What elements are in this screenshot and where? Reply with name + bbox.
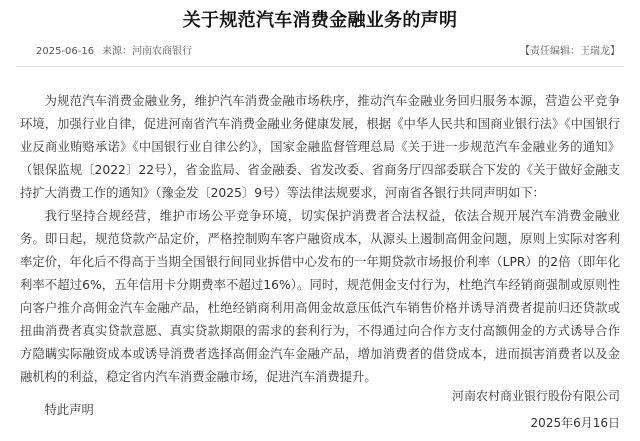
article-body: 为规范汽车消费金融业务，维护汽车消费金融市场秩序，推动汽车金融业务回归服务本源，… xyxy=(20,90,620,422)
header-divider xyxy=(16,66,624,67)
publish-date: 2025-06-16 xyxy=(36,44,94,60)
signature-date: 2025年6月16日 xyxy=(531,414,620,431)
article-meta: 2025-06-16 来源：河南农商银行 【责任编辑：王瑞龙】 xyxy=(36,44,620,60)
paragraph-commitment: 我行坚持合规经营，维护市场公平竞争环境，切实保护消费者合法权益，依法合规开展汽车… xyxy=(20,205,620,389)
paragraph-intro: 为规范汽车消费金融业务，维护汽车消费金融市场秩序，推动汽车金融业务回归服务本源，… xyxy=(20,90,620,205)
article-source: 来源：河南农商银行 xyxy=(102,44,192,60)
responsible-editor: 【责任编辑：王瑞龙】 xyxy=(520,44,620,60)
signature-organization: 河南农村商业银行股份有限公司 xyxy=(452,387,620,404)
article-title: 关于规范汽车消费金融业务的声明 xyxy=(0,8,640,34)
